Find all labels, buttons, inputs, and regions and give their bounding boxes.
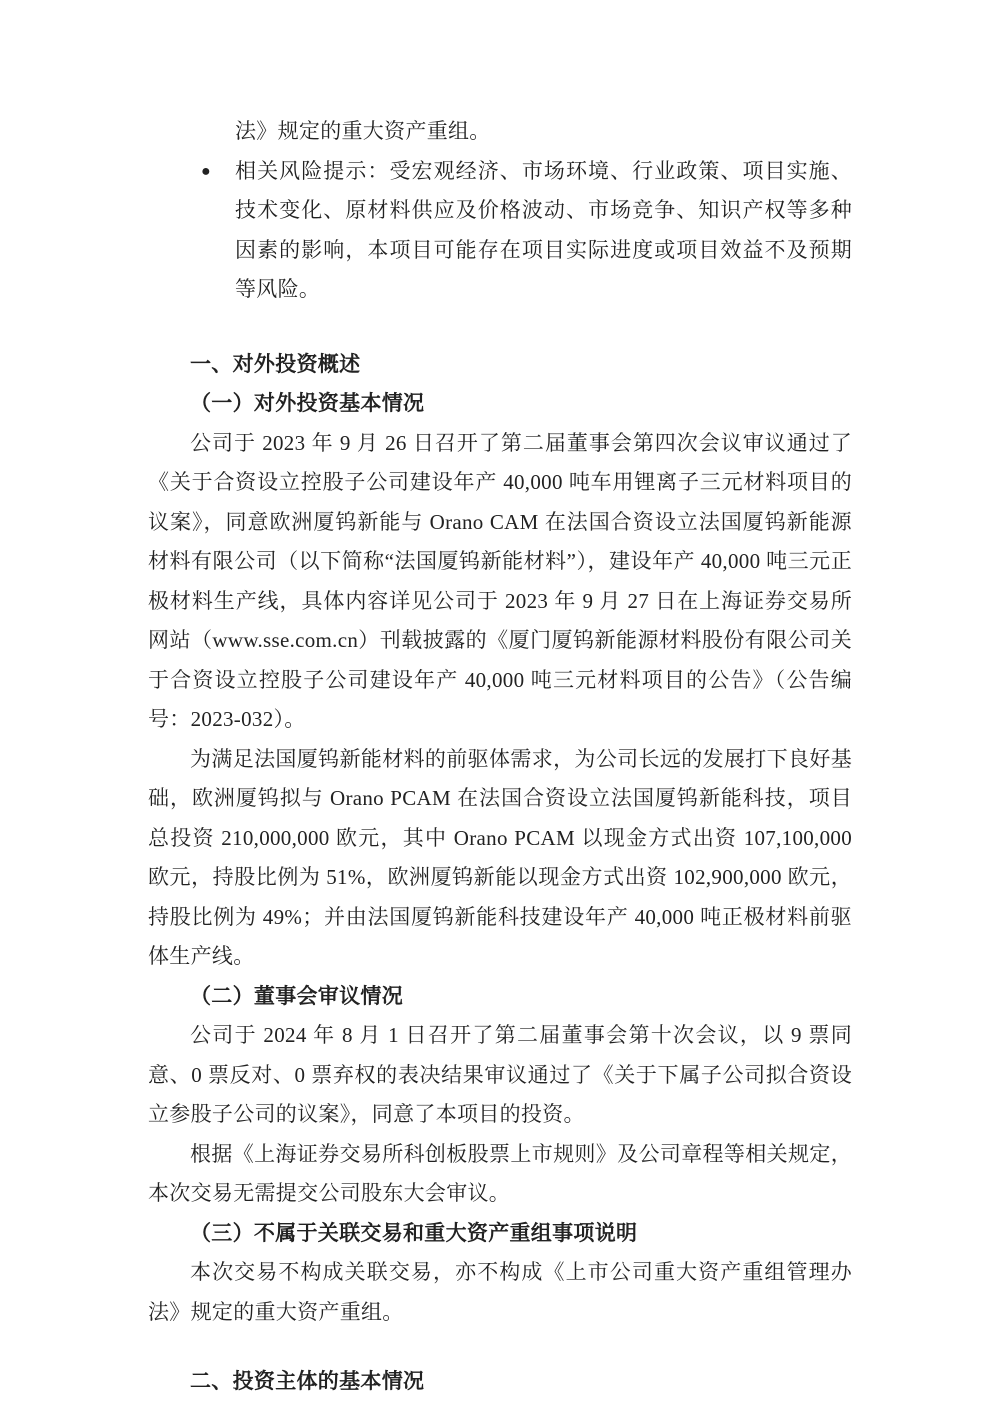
bullet-icon: ● bbox=[201, 152, 211, 192]
subsection-heading-not-related-transaction: （三）不属于关联交易和重大资产重组事项说明 bbox=[148, 1214, 852, 1254]
section-heading-investment-entities: 二、投资主体的基本情况 bbox=[148, 1362, 852, 1402]
section-heading-investment-overview: 一、对外投资概述 bbox=[148, 345, 852, 385]
subsection-heading-board-review: （二）董事会审议情况 bbox=[148, 977, 852, 1017]
risk-notice-text: 相关风险提示：受宏观经济、市场环境、行业政策、项目实施、技术变化、原材料供应及价… bbox=[235, 159, 852, 302]
paragraph-not-major-restructuring: 本次交易不构成关联交易，亦不构成《上市公司重大资产重组管理办法》规定的重大资产重… bbox=[148, 1253, 852, 1332]
paragraph-precursor-joint-venture: 为满足法国厦钨新能材料的前驱体需求，为公司长远的发展打下良好基础，欧洲厦钨拟与 … bbox=[148, 740, 852, 977]
document-content: 法》规定的重大资产重组。 ● 相关风险提示：受宏观经济、市场环境、行业政策、项目… bbox=[148, 112, 852, 1402]
document-page: 法》规定的重大资产重组。 ● 相关风险提示：受宏观经济、市场环境、行业政策、项目… bbox=[0, 0, 1000, 1414]
paragraph-board-2023-approval: 公司于 2023 年 9 月 26 日召开了第二届董事会第四次会议审议通过了《关… bbox=[148, 424, 852, 740]
paragraph-board-2024-vote: 公司于 2024 年 8 月 1 日召开了第二届董事会第十次会议，以 9 票同意… bbox=[148, 1016, 852, 1135]
subsection-heading-basic-situation: （一）对外投资基本情况 bbox=[148, 384, 852, 424]
risk-notice-continuation-line: 法》规定的重大资产重组。 bbox=[148, 112, 852, 152]
risk-notice-bullet-item: ● 相关风险提示：受宏观经济、市场环境、行业政策、项目实施、技术变化、原材料供应… bbox=[148, 152, 852, 310]
paragraph-no-shareholder-meeting: 根据《上海证券交易所科创板股票上市规则》及公司章程等相关规定，本次交易无需提交公… bbox=[148, 1135, 852, 1214]
